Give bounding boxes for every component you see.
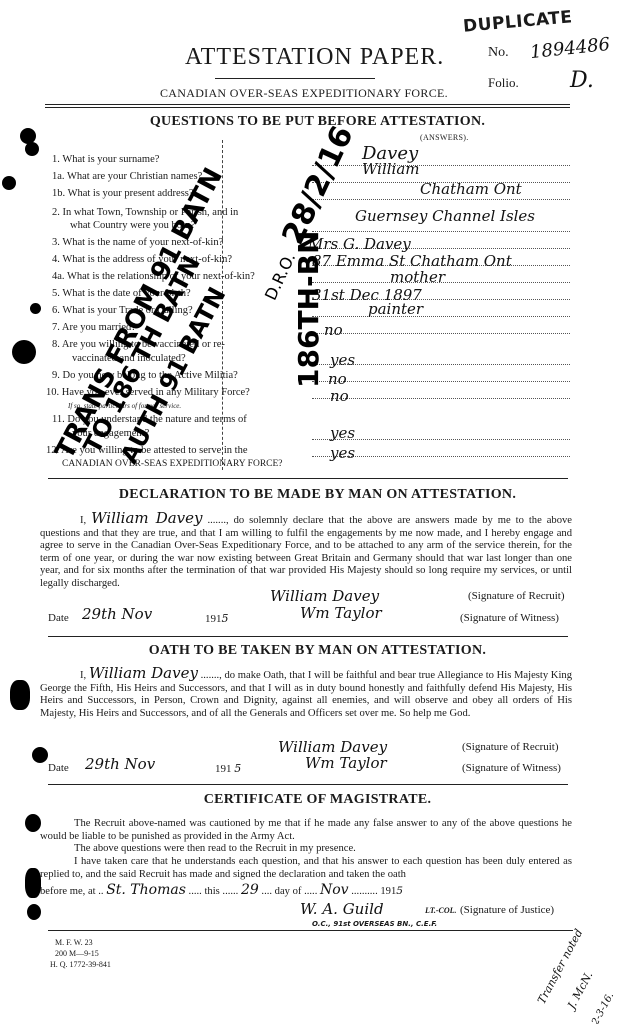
answer-christian-names: William xyxy=(362,160,420,178)
divider xyxy=(48,636,568,637)
questions-section-title: QUESTIONS TO BE PUT BEFORE ATTESTATION. xyxy=(0,114,635,130)
witness-signature-label: (Signature of Witness) xyxy=(462,762,561,774)
oath-date: 29th Nov xyxy=(85,755,155,773)
magistrate-day: 29 xyxy=(241,882,259,898)
answers-header: (ANSWERS). xyxy=(420,133,469,142)
document-subtitle: CANADIAN OVER-SEAS EXPEDITIONARY FORCE. xyxy=(160,86,448,101)
declaration-witness-signature: Wm Taylor xyxy=(300,604,382,622)
header-divider xyxy=(45,104,570,108)
print-run: 200 M—9-15 xyxy=(55,948,99,959)
magistrate-para1: The Recruit above-named was cautioned by… xyxy=(40,818,572,843)
punch-hole xyxy=(32,747,48,763)
answer-line xyxy=(312,333,570,334)
oath-year: 191 5 xyxy=(215,762,241,775)
answer-line xyxy=(312,231,570,232)
declaration-text: I, William Davey ......., do solemnly de… xyxy=(40,512,572,591)
punch-hole xyxy=(25,814,41,832)
transfer-date: 2-3-16. xyxy=(590,991,616,1024)
hq-number: H. Q. 1772-39-841 xyxy=(50,959,111,970)
oath-witness-signature: Wm Taylor xyxy=(305,754,387,772)
answer-line xyxy=(312,199,570,200)
answer-relationship: mother xyxy=(390,268,445,286)
magistrate-place-line: before me, at .. St. Thomas ..... this .… xyxy=(40,884,572,899)
recruit-signature-label: (Signature of Recruit) xyxy=(468,590,565,602)
magistrate-para2: The above questions were then read to th… xyxy=(40,843,572,856)
question-1b: 1b. What is your present address? xyxy=(52,188,302,199)
answer-birthplace: Guernsey Channel Isles xyxy=(355,207,535,225)
answer-line xyxy=(312,165,570,166)
title-underline xyxy=(215,78,375,79)
divider xyxy=(48,478,568,479)
declaration-year: 1915 xyxy=(205,612,229,625)
oath-date-label: Date xyxy=(48,762,69,774)
declaration-title: DECLARATION TO BE MADE BY MAN ON ATTESTA… xyxy=(0,487,635,503)
punch-hole xyxy=(30,303,41,314)
magistrate-month: Nov xyxy=(320,882,349,898)
declaration-date-label: Date xyxy=(48,612,69,624)
answer-understand-terms: yes xyxy=(330,424,355,442)
regimental-number: 1894486 xyxy=(529,34,611,63)
divider xyxy=(48,784,568,785)
answer-address: Chatham Ont xyxy=(420,180,522,198)
duplicate-stamp: DUPLICATE xyxy=(462,7,573,36)
declaration-name: William Davey xyxy=(91,509,202,527)
punch-hole xyxy=(25,142,39,156)
answer-line xyxy=(312,381,570,382)
punch-hole xyxy=(2,176,16,190)
oath-name: William Davey xyxy=(89,664,198,682)
punch-hole xyxy=(12,340,36,364)
answer-married: no xyxy=(324,321,343,339)
declaration-date: 29th Nov xyxy=(82,605,152,623)
oath-title: OATH TO BE TAKEN BY MAN ON ATTESTATION. xyxy=(0,643,635,659)
form-number: M. F. W. 23 xyxy=(55,937,93,948)
justice-signature: W. A. Guild xyxy=(300,900,384,918)
question-1: 1. What is your surname? xyxy=(52,154,302,165)
unit-stamp: O.C., 91st OVERSEAS BN., C.E.F. xyxy=(312,920,437,928)
question-12-cont: CANADIAN OVER-SEAS EXPEDITIONARY FORCE? xyxy=(62,459,312,469)
answer-willing-to-serve: yes xyxy=(330,444,355,462)
oath-text: I, William Davey ......., do make Oath, … xyxy=(40,667,572,720)
number-label: No. xyxy=(488,45,509,61)
justice-rank: LT.-COL. xyxy=(425,906,457,915)
witness-signature-label: (Signature of Witness) xyxy=(460,612,559,624)
answer-vaccinated: yes xyxy=(330,351,355,369)
declaration-recruit-signature: William Davey xyxy=(270,587,379,605)
punch-hole xyxy=(27,904,41,920)
battalion-stamp: 186TH-BN xyxy=(292,231,325,388)
answer-line xyxy=(312,398,570,399)
divider xyxy=(48,930,573,931)
question-7: 7. Are you married? xyxy=(52,322,302,333)
magistrate-title: CERTIFICATE OF MAGISTRATE. xyxy=(0,792,635,808)
folio-value: D. xyxy=(570,68,594,93)
transfer-initials: J. McN. xyxy=(565,969,595,1011)
document-title: ATTESTATION PAPER. xyxy=(185,44,444,71)
answer-militia: no xyxy=(328,370,347,388)
justice-signature-label: (Signature of Justice) xyxy=(460,904,554,916)
answer-military-service: no xyxy=(330,387,349,405)
answer-trade: painter xyxy=(368,300,423,318)
magistrate-para3: I have taken care that he understands ea… xyxy=(40,856,572,881)
recruit-signature-label: (Signature of Recruit) xyxy=(462,741,559,753)
answer-line xyxy=(312,316,570,317)
punch-hole xyxy=(10,680,30,710)
punch-hole xyxy=(25,868,41,898)
magistrate-place: St. Thomas xyxy=(106,882,186,898)
folio-label: Folio. xyxy=(488,75,519,91)
question-1a: 1a. What are your Christian names? xyxy=(52,171,302,182)
